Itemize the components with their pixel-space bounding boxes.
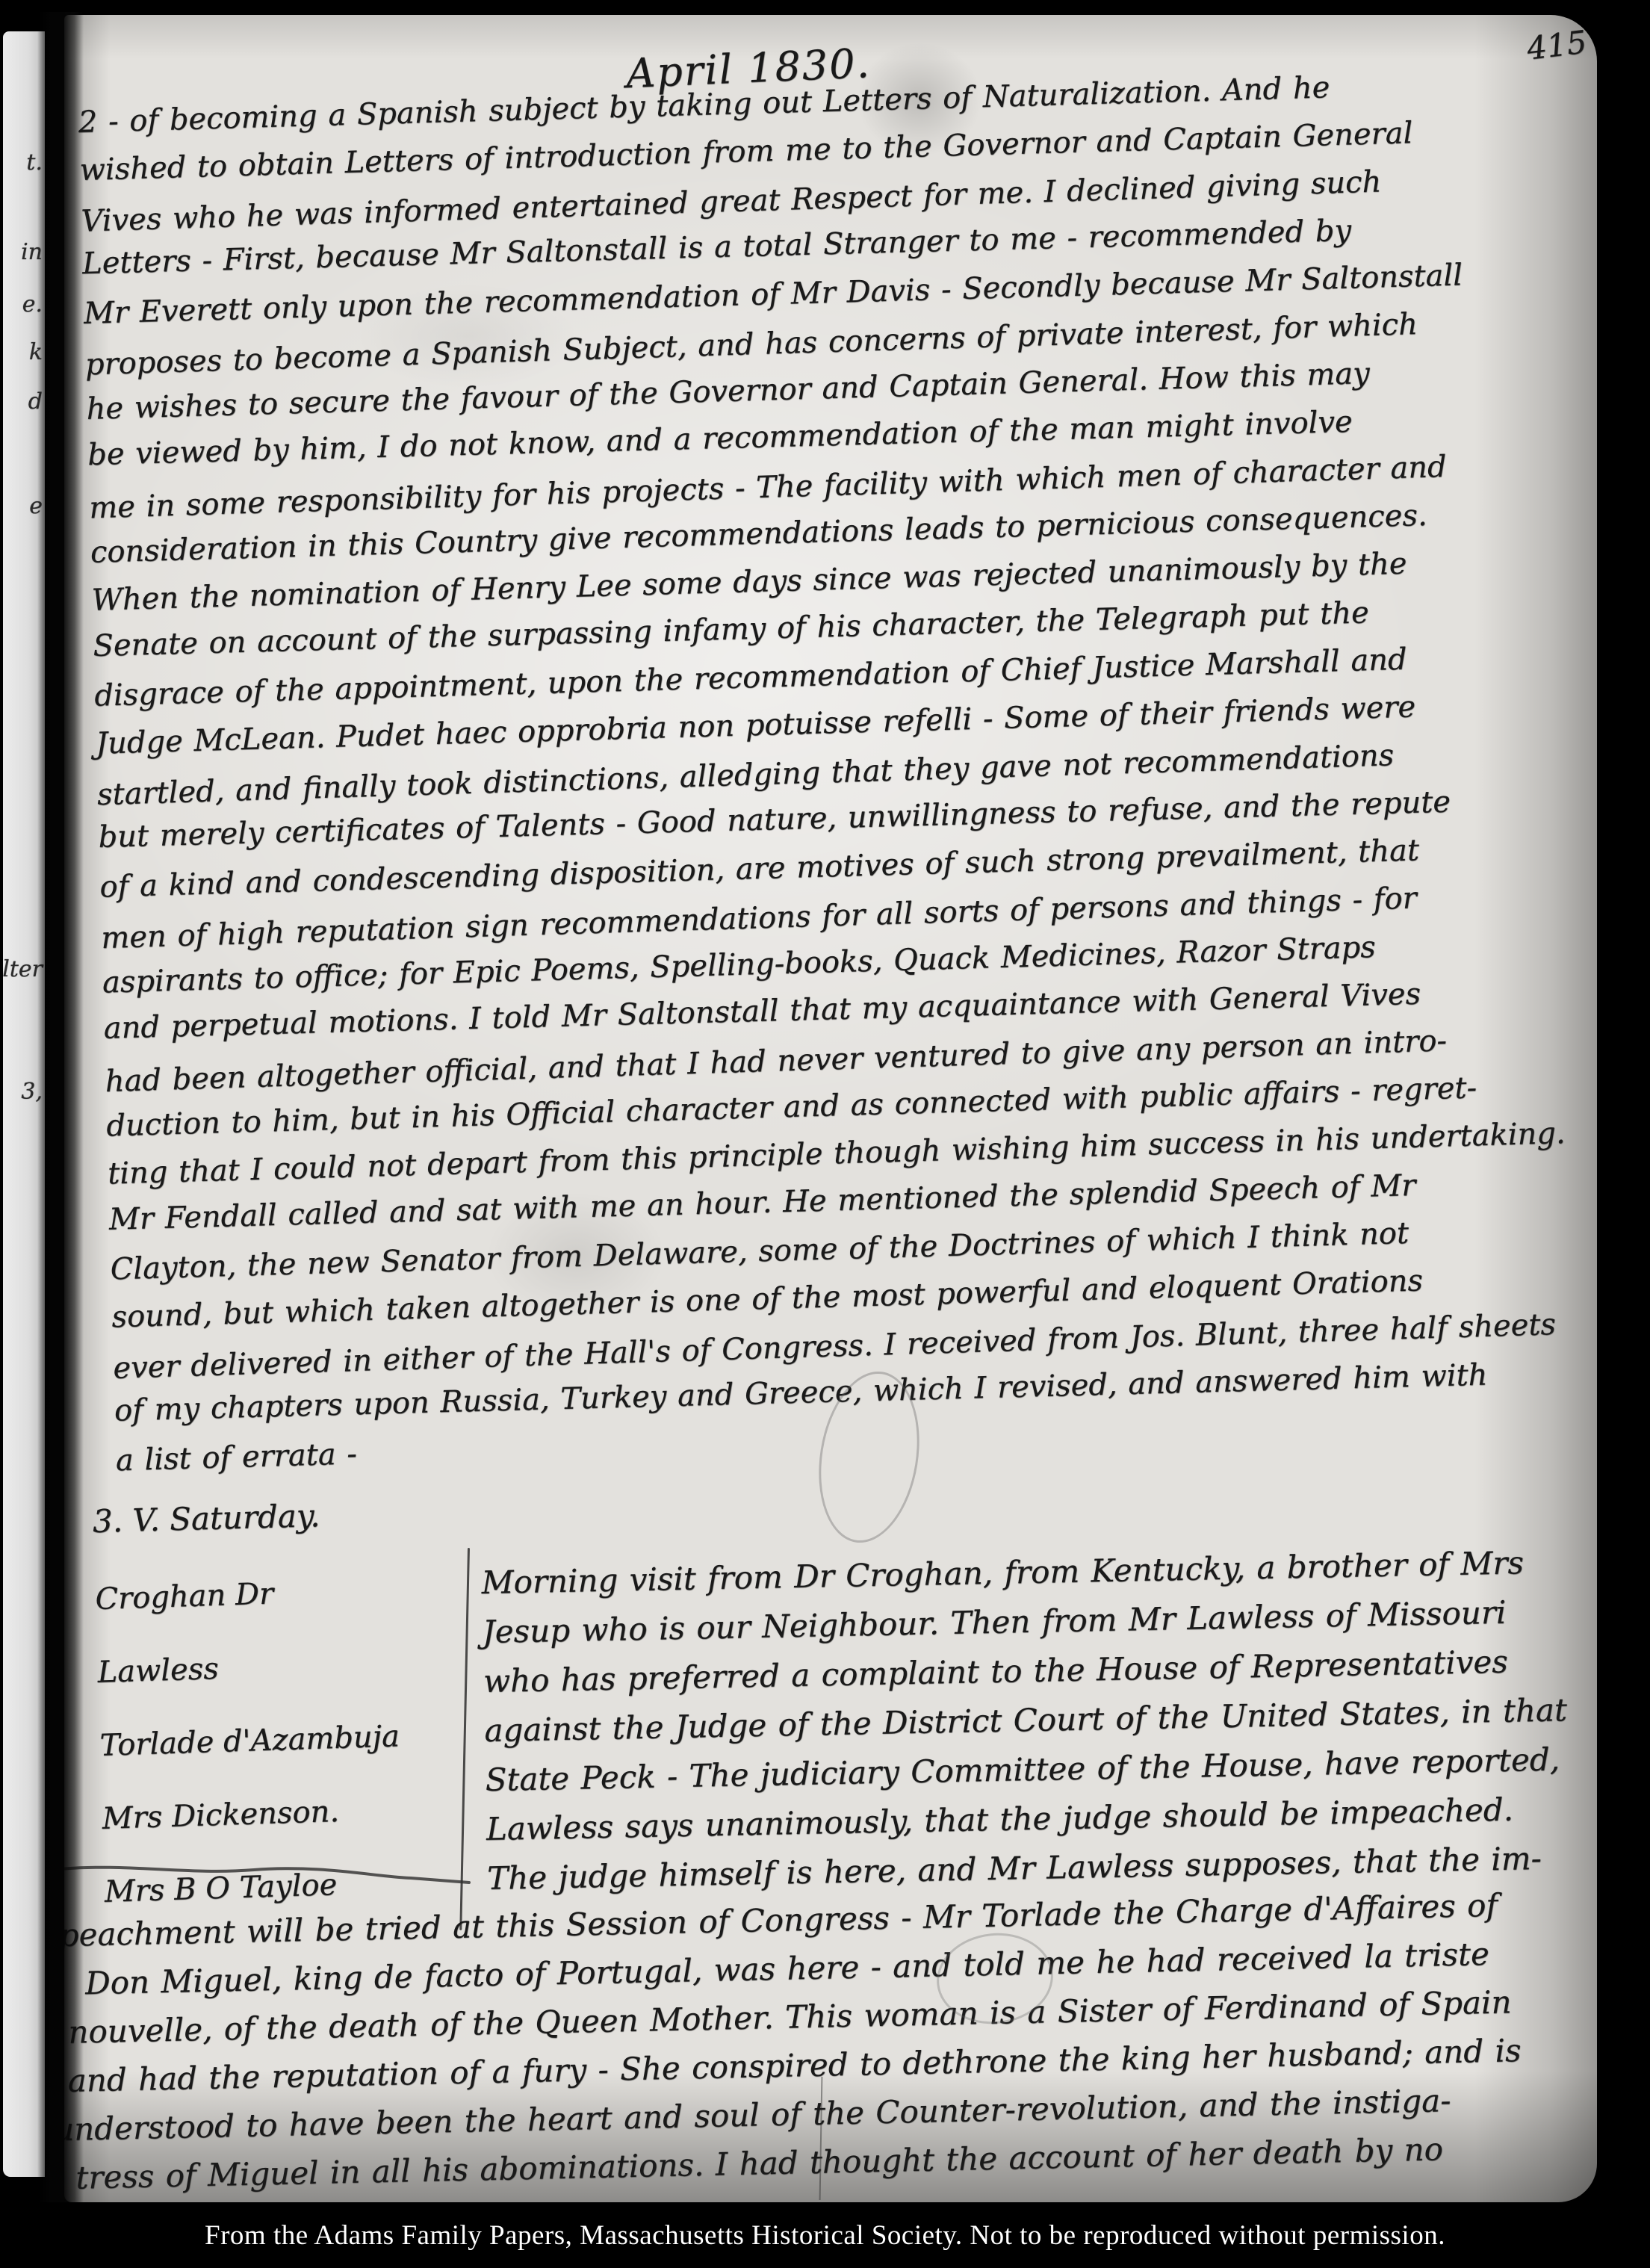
margin-note: Croghan Dr [94, 1553, 396, 1636]
footer-credit-text: From the Adams Family Papers, Massachuse… [205, 2219, 1445, 2252]
margin-note: Torlade d'Azambuja [99, 1700, 400, 1782]
entry-april-2-text: 2 - of becoming a Spanish subject by tak… [78, 58, 1574, 1484]
facing-page-text-fragment: lter [2, 956, 43, 982]
margin-note: Mrs Dickenson. [101, 1773, 403, 1856]
saturday-entry-text-full-width: peachment will be tried at this Session … [64, 1880, 1524, 2202]
margin-divider-line [64, 1860, 472, 1886]
saturday-entry-text: Morning visit from Dr Croghan, from Kent… [481, 1537, 1570, 1903]
margin-note: Lawless [96, 1626, 398, 1709]
binding-gutter-shadow [37, 12, 84, 2211]
footer-credit-bar: From the Adams Family Papers, Massachuse… [0, 2202, 1650, 2268]
manuscript-page: 415 April 1830. 2 - of becoming a Spanis… [64, 15, 1597, 2202]
scanned-diary-page: t. in e. k d e lter 3, 415 April 1830. 2… [0, 0, 1650, 2268]
saturday-entry-heading: 3. V. Saturday. [92, 1497, 320, 1540]
